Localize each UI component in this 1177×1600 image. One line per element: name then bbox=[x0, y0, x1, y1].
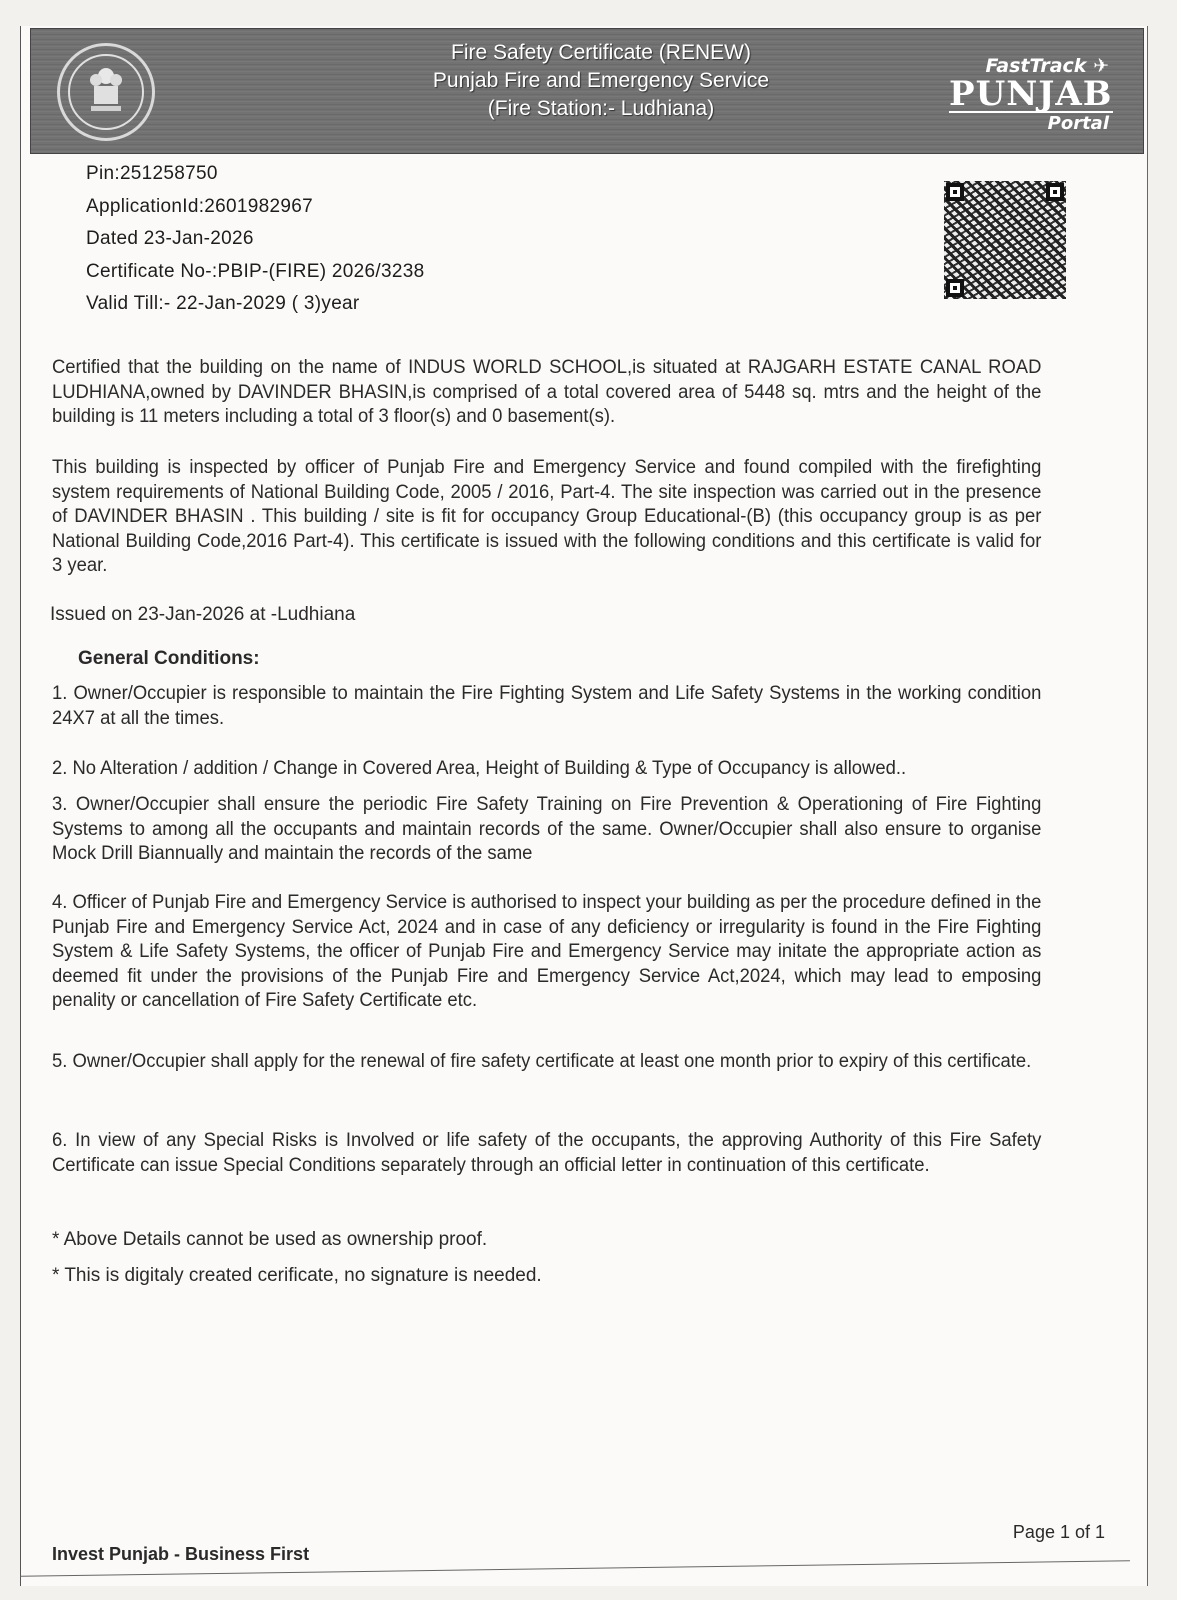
note-digital: * This is digitaly created cerificate, n… bbox=[52, 1265, 542, 1287]
valid-till: Valid Till:- 22-Jan-2029 ( 3)year bbox=[86, 288, 424, 321]
condition-item: 1. Owner/Occupier is responsible to main… bbox=[52, 682, 1041, 731]
certification-paragraph: Certified that the building on the name … bbox=[52, 356, 1041, 430]
condition-item: 6. In view of any Special Risks is Invol… bbox=[52, 1129, 1041, 1178]
condition-item: 3. Owner/Occupier shall ensure the perio… bbox=[52, 793, 1041, 867]
issued-on: Issued on 23-Jan-2026 at -Ludhiana bbox=[50, 604, 355, 626]
footer-tagline: Invest Punjab - Business First bbox=[52, 1544, 309, 1565]
inspection-paragraph: This building is inspected by officer of… bbox=[52, 456, 1041, 579]
certificate-meta: Pin:251258750 ApplicationId:2601982967 D… bbox=[86, 158, 424, 321]
fasttrack-punjab-logo: FastTrack ✈ PUNJAB Portal bbox=[949, 55, 1109, 134]
condition-item: 4. Officer of Punjab Fire and Emergency … bbox=[52, 891, 1041, 1014]
condition-item: 5. Owner/Occupier shall apply for the re… bbox=[52, 1050, 1041, 1075]
condition-item: 2. No Alteration / addition / Change in … bbox=[52, 757, 1041, 782]
state-emblem-icon bbox=[57, 43, 155, 141]
page-number: Page 1 of 1 bbox=[1013, 1522, 1105, 1543]
note-ownership: * Above Details cannot be used as owners… bbox=[52, 1229, 487, 1251]
pin: Pin:251258750 bbox=[86, 158, 424, 191]
fire-station: (Fire Station:- Ludhiana) bbox=[361, 95, 841, 123]
application-id: ApplicationId:2601982967 bbox=[86, 191, 424, 224]
certificate-title: Fire Safety Certificate (RENEW) bbox=[361, 39, 841, 67]
certificate-header: Fire Safety Certificate (RENEW) Punjab F… bbox=[30, 28, 1144, 154]
general-conditions-title: General Conditions: bbox=[78, 648, 260, 670]
department-name: Punjab Fire and Emergency Service bbox=[361, 67, 841, 95]
qr-code-icon bbox=[944, 181, 1066, 299]
certificate-number: Certificate No-:PBIP-(FIRE) 2026/3238 bbox=[86, 256, 424, 289]
dated: Dated 23-Jan-2026 bbox=[86, 223, 424, 256]
